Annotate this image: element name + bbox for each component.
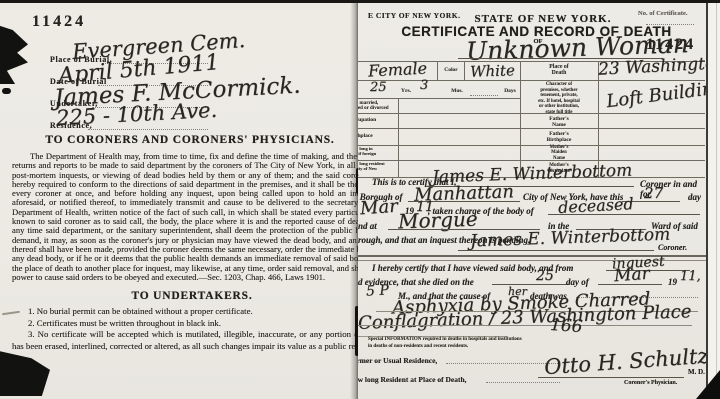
death-day-value: 25 (536, 268, 554, 284)
phys-year-printed: 19 (668, 277, 677, 287)
field-line (88, 129, 208, 130)
how-long-resident-label: How long Resident at Place of Death, (358, 375, 467, 384)
torn-edge-ink-blob-top (0, 24, 28, 84)
yrs-label: Yrs. (396, 88, 416, 94)
left-page: 11424 Place of Burial, Evergreen Cem. Da… (0, 0, 358, 399)
blank-line (446, 363, 558, 364)
undertakers-heading: TO UNDERTAKERS. (0, 290, 358, 302)
cert-no-label: No. of Certificate. (638, 10, 687, 17)
right-page: E CITY OF NEW YORK. STATE OF NEW YORK. C… (358, 0, 706, 399)
scanned-death-certificate: 11424 Place of Burial, Evergreen Cem. Da… (0, 0, 720, 399)
blank-line (548, 214, 700, 215)
table-line (358, 98, 520, 99)
signature-line (538, 377, 684, 378)
day-value: 27 (644, 184, 663, 202)
how-long-city-label: How long resident in City of New York (358, 161, 399, 177)
signature-line (458, 250, 654, 251)
blank-line (486, 382, 560, 383)
coroner-cert-line4-pre: nd at (358, 221, 377, 231)
edge-line (716, 0, 717, 399)
month-value: Mar (359, 196, 398, 220)
scan-top-edge (0, 0, 720, 3)
mothers-maiden-label: Mother's Maiden Name (524, 145, 594, 161)
place-of-death-label: Place of Death (524, 64, 594, 76)
page-right-edge (706, 0, 720, 399)
undertakers-list: 1. No burial permit can be obtained with… (12, 306, 358, 352)
mos-label: Mos. (446, 88, 468, 94)
coroner-signature-title: Coroner. (658, 243, 687, 252)
table-line (464, 61, 465, 80)
premises-label: Character of premises, whether tenement,… (522, 82, 596, 115)
md-label: M. D. (688, 368, 705, 376)
table-line (520, 61, 521, 177)
table-line (358, 128, 705, 129)
special-info-stamp: Special INFORMATION required in deaths i… (368, 337, 563, 351)
phys-year-written: 11, (680, 269, 701, 284)
ink-dot (2, 88, 11, 94)
death-month-value: Mar (613, 264, 650, 286)
fathers-name-label: Father's Name (524, 116, 594, 128)
cert-no-line (646, 24, 694, 25)
physician-title: Coroner's Physician. (624, 380, 677, 386)
undertakers-item: 1. No burial permit can be obtained with… (12, 306, 358, 318)
left-certificate-number: 11424 (32, 13, 86, 31)
undertakers-item: 3. No certificate will be accepted which… (12, 329, 358, 352)
fathers-birthplace-label: Father's Birthplace (524, 131, 594, 143)
how-long-us-label: How long in U.S. if foreign born (358, 146, 395, 162)
right-certificate-number: 11424 (646, 36, 695, 54)
marital-label: Single, married, widowed or divorced (358, 101, 400, 111)
premises-value: Loft Building (605, 77, 706, 112)
blank-line (492, 284, 568, 285)
days-label: Days (498, 88, 522, 94)
coroners-heading: TO CORONERS AND CORONERS' PHYSICIANS. (0, 134, 358, 146)
time-value: 5 P (366, 282, 390, 299)
coroners-paragraph: The Department of Health may, from time … (12, 152, 358, 282)
day-of-label: day of (566, 277, 589, 287)
table-line (358, 80, 705, 81)
birthplace-label: Birthplace (358, 133, 392, 139)
undertakers-item: 2. Certificates must be written througho… (12, 318, 358, 330)
age-years-value: 25 (370, 80, 387, 95)
occupation-label: Occupation (358, 117, 393, 123)
age-months-value: 3 (420, 78, 428, 93)
color-value: White (470, 61, 515, 81)
ink-blob-bottom-left (0, 351, 50, 396)
sex-value: Female (368, 58, 428, 80)
day-label: day (688, 192, 701, 202)
physician-signature: Otto H. Schultze (543, 343, 706, 379)
former-residence-label: Former or Usual Residence, (358, 356, 437, 365)
rule-line (358, 325, 692, 326)
case-number: 166 (549, 315, 583, 337)
days-blank-line (470, 95, 498, 96)
color-label: Color (438, 67, 464, 73)
